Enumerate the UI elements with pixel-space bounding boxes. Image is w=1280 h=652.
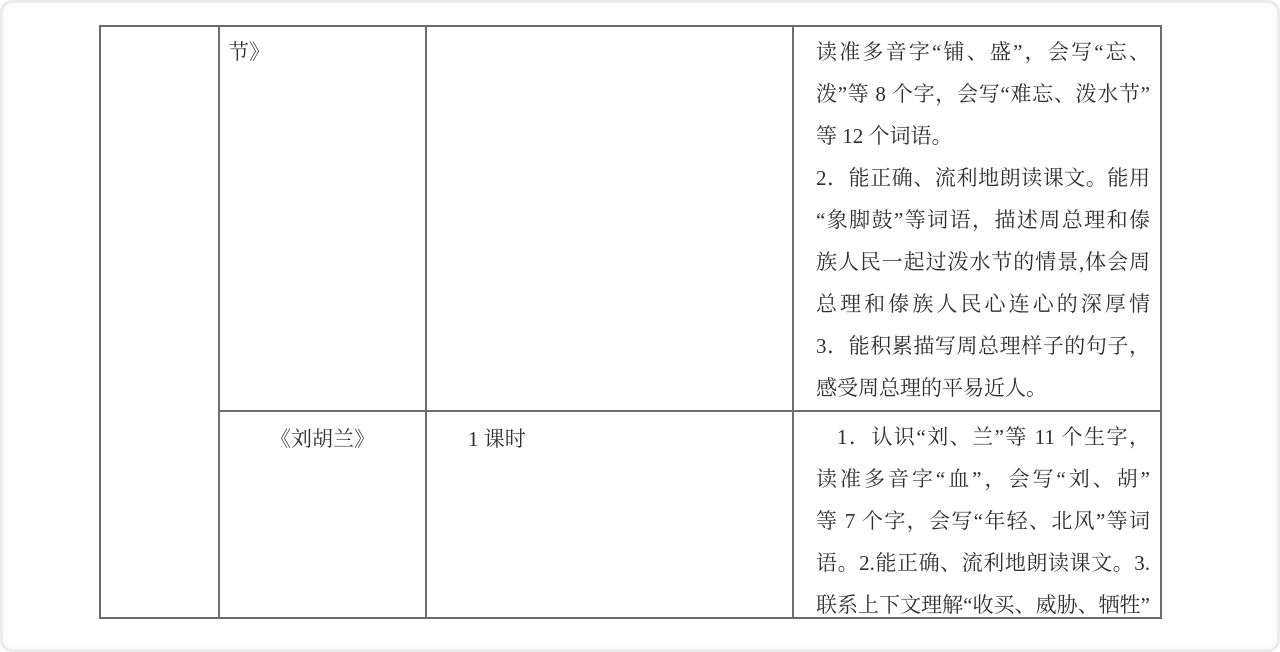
objective-line: 族人民一起过泼水节的情景,体会周 [816,241,1150,283]
document-page: 节》 读准多音字“铺、盛”，会写“忘、 泼”等 8 个字，会写“难忘、泼水节” … [0,0,1280,652]
objective-line: 语。2.能正确、流利地朗读课文。3.能 [816,542,1150,584]
objective-line: 等 7 个字，会写“年轻、北风”等词 [816,500,1150,542]
objective-line: 等 12 个词语。 [816,115,1150,157]
objective-line: 总理和傣族人民心连心的深厚情意。 [816,283,1150,325]
objective-line: 1．认识“刘、兰”等 11 个生字， [816,416,1150,458]
periods-cell: 1 课时 [427,418,792,460]
objective-line: 2．能正确、流利地朗读课文。能用 [816,157,1150,199]
objectives-cell-row1: 读准多音字“铺、盛”，会写“忘、 泼”等 8 个字，会写“难忘、泼水节” 等 1… [794,31,1160,409]
objective-line: 3．能积累描写周总理样子的句子， [816,325,1150,367]
objective-line: 感受周总理的平易近人。 [816,367,1150,409]
unit-cell-empty [101,27,218,617]
objectives-cell-row2: 1．认识“刘、兰”等 11 个生字， 读准多音字“血”，会写“刘、胡” 等 7 … [794,416,1160,626]
lesson-title: 《刘胡兰》 [220,418,425,460]
lesson-title-continuation-text: 节》 [228,31,425,73]
objective-line: 泼”等 8 个字，会写“难忘、泼水节” [816,73,1150,115]
objective-line: 读准多音字“铺、盛”，会写“忘、 [816,31,1150,73]
lesson-title-text: 《刘胡兰》 [220,418,425,460]
lesson-plan-table: 节》 读准多音字“铺、盛”，会写“忘、 泼”等 8 个字，会写“难忘、泼水节” … [99,25,1162,619]
periods-text: 1 课时 [468,418,792,460]
objective-line: 读准多音字“血”，会写“刘、胡” [816,458,1150,500]
table-column-border-1 [218,27,220,617]
objective-line: “象脚鼓”等词语，描述周总理和傣 [816,199,1150,241]
objective-line: 联系上下文理解“收买、威胁、牺牲” [816,584,1150,626]
table-row-divider [218,410,1160,412]
table-column-border-2 [425,27,427,617]
lesson-title-continuation: 节》 [220,31,425,73]
